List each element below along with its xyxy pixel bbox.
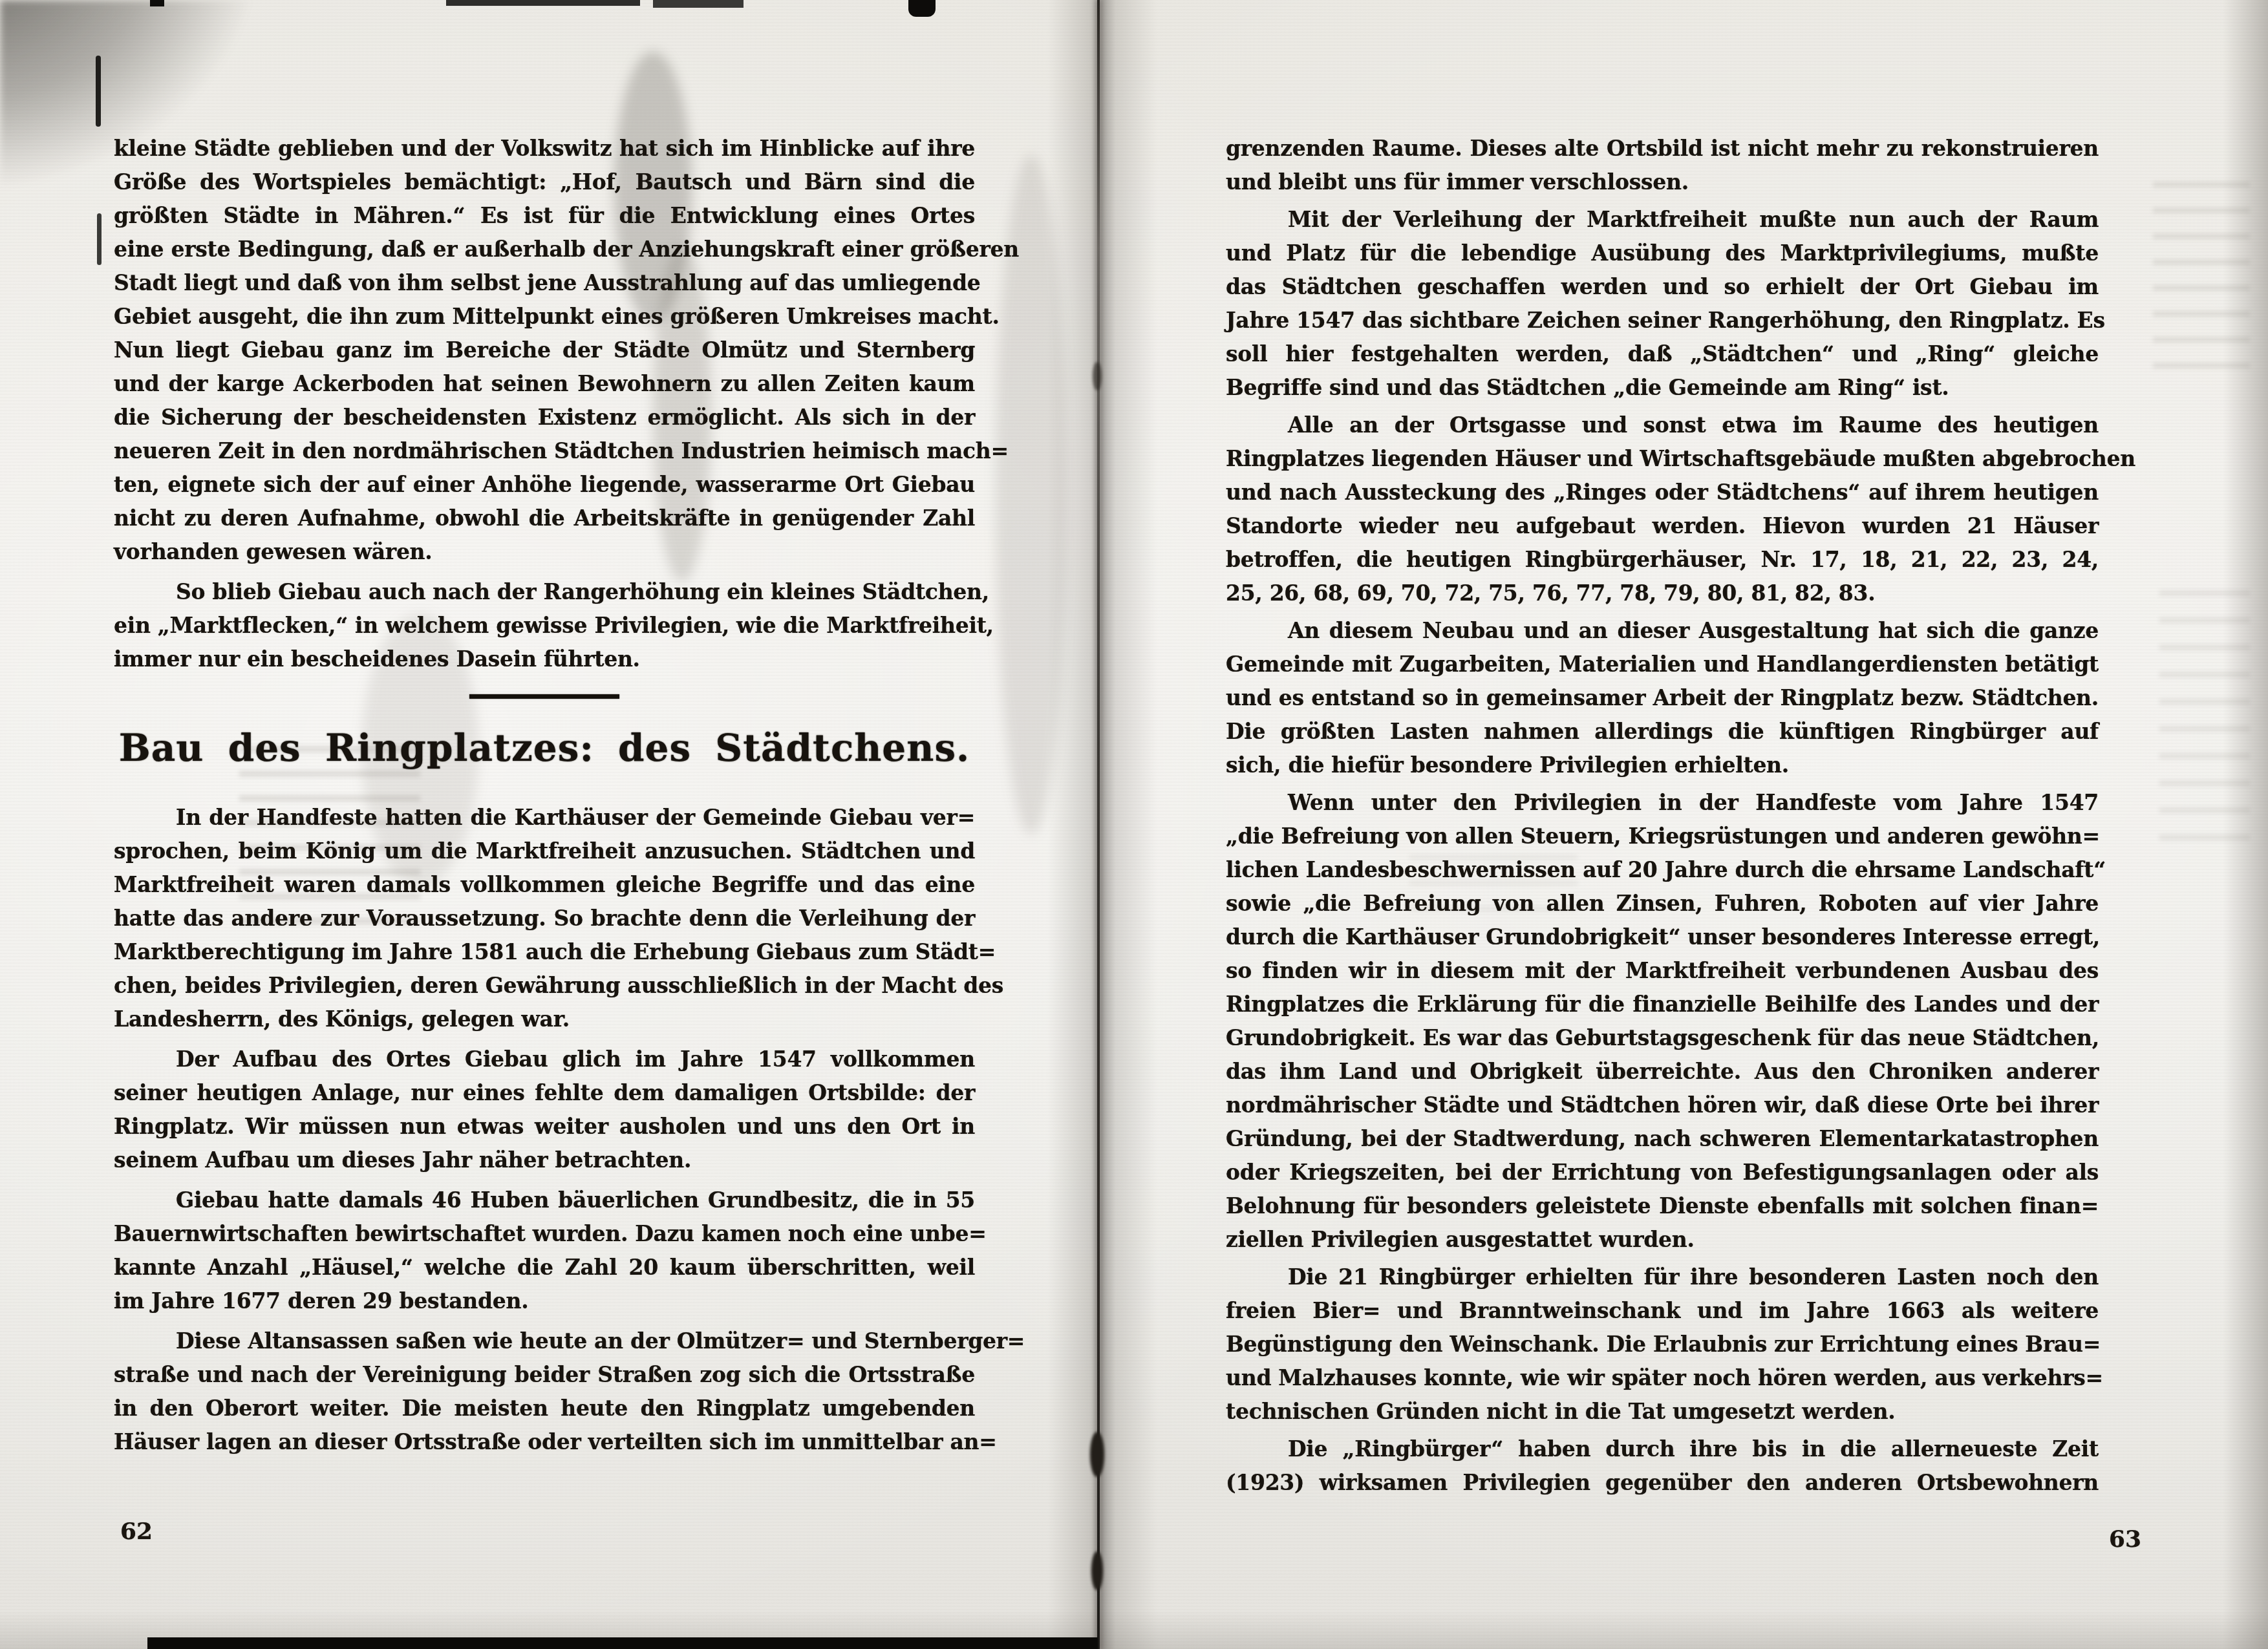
paragraph: In der Handfeste hatten die Karthäuser d…	[114, 801, 975, 1036]
text-line: eine erste Bedingung, daß er außerhalb d…	[114, 233, 975, 266]
text-line: Der Aufbau des Ortes Giebau glich im Jah…	[114, 1043, 975, 1076]
page-number-right: 63	[2109, 1526, 2141, 1553]
text-line: Die größten Lasten nahmen allerdings die…	[1226, 715, 2099, 749]
text-line: Begünstigung den Weinschank. Die Erlaubn…	[1226, 1328, 2099, 1361]
paragraph: Die „Ringbürger“ haben durch ihre bis in…	[1226, 1432, 2099, 1500]
left-text-column-top: kleine Städte geblieben und der Volkswit…	[114, 132, 975, 676]
text-line: größten Städte in Mähren.“ Es ist für di…	[114, 199, 975, 233]
text-line: hatte das andere zur Voraussetzung. So b…	[114, 902, 975, 935]
text-line: 25, 26, 68, 69, 70, 72, 75, 76, 77, 78, …	[1226, 577, 2099, 610]
book-gutter-shadow	[1047, 0, 1157, 1649]
binding-knot	[1090, 1432, 1104, 1477]
text-line: Nun liegt Giebau ganz im Bereiche der St…	[114, 334, 975, 367]
text-line: grenzenden Raume. Dieses alte Ortsbild i…	[1226, 132, 2099, 165]
text-line: „die Befreiung von allen Steuern, Kriegs…	[1226, 820, 2099, 853]
text-line: Größe des Wortspieles bemächtigt: „Hof, …	[114, 165, 975, 199]
text-line: und bleibt uns für immer verschlossen.	[1226, 165, 2099, 199]
text-line: In der Handfeste hatten die Karthäuser d…	[114, 801, 975, 835]
text-line: freien Bier= und Branntweinschank und im…	[1226, 1294, 2099, 1328]
text-line: immer nur ein bescheidenes Dasein führte…	[114, 643, 975, 676]
text-line: Marktberechtigung im Jahre 1581 auch die…	[114, 935, 975, 969]
text-line: seinem Aufbau um dieses Jahr näher betra…	[114, 1144, 975, 1177]
text-line: betroffen, die heutigen Ringbürgerhäuser…	[1226, 543, 2099, 577]
paragraph: grenzenden Raume. Dieses alte Ortsbild i…	[1226, 132, 2099, 199]
text-line: Mit der Verleihung der Marktfreiheit muß…	[1226, 203, 2099, 237]
text-line: nicht zu deren Aufnahme, obwohl die Arbe…	[114, 502, 975, 535]
section-divider-rule	[469, 694, 619, 699]
text-line: Gebiet ausgeht, die ihn zum Mittelpunkt …	[114, 300, 975, 334]
text-line: An diesem Neubau und an dieser Ausgestal…	[1226, 614, 2099, 648]
right-text-column: grenzenden Raume. Dieses alte Ortsbild i…	[1226, 132, 2099, 1500]
paragraph: Alle an der Ortsgasse und sonst etwa im …	[1226, 409, 2099, 610]
text-line: Giebau hatte damals 46 Huben bäuerlichen…	[114, 1184, 975, 1217]
text-line: Grundobrigkeit. Es war das Geburtstagsge…	[1226, 1021, 2099, 1055]
paragraph: So blieb Giebau auch nach der Rangerhöhu…	[114, 575, 975, 676]
text-line: nordmährischer Städte und Städtchen höre…	[1226, 1089, 2099, 1122]
paragraph: Wenn unter den Privilegien in der Handfe…	[1226, 786, 2099, 1257]
paragraph: Die 21 Ringbürger erhielten für ihre bes…	[1226, 1261, 2099, 1429]
text-line: ein „Marktflecken,“ in welchem gewisse P…	[114, 609, 975, 643]
text-line: Landesherrn, des Königs, gelegen war.	[114, 1003, 975, 1036]
text-line: Die „Ringbürger“ haben durch ihre bis in…	[1226, 1432, 2099, 1466]
text-line: Begriffe sind und das Städtchen „die Gem…	[1226, 371, 2099, 405]
section-heading: Bau des Ringplatzes: des Städtchens.	[114, 725, 975, 771]
paragraph: kleine Städte geblieben und der Volkswit…	[114, 132, 975, 569]
text-line: das Städtchen geschaffen werden und so e…	[1226, 270, 2099, 304]
text-line: kleine Städte geblieben und der Volkswit…	[114, 132, 975, 165]
text-line: und der karge Ackerboden hat seinen Bewo…	[114, 367, 975, 401]
text-line: Häuser lagen an dieser Ortsstraße oder v…	[114, 1425, 975, 1459]
text-line: Standorte wieder neu aufgebaut werden. H…	[1226, 509, 2099, 543]
text-line: und es entstand so in gemeinsamer Arbeit…	[1226, 681, 2099, 715]
text-line: Gemeinde mit Zugarbeiten, Materialien un…	[1226, 648, 2099, 681]
text-line: lichen Landesbeschwernissen auf 20 Jahre…	[1226, 853, 2099, 887]
text-line: straße und nach der Vereinigung beider S…	[114, 1358, 975, 1392]
text-line: Stadt liegt und daß von ihm selbst jene …	[114, 266, 975, 300]
paragraph: Der Aufbau des Ortes Giebau glich im Jah…	[114, 1043, 975, 1177]
text-line: kannte Anzahl „Häusel,“ welche die Zahl …	[114, 1251, 975, 1284]
text-line: und nach Aussteckung des „Ringes oder St…	[1226, 476, 2099, 509]
paragraph: Giebau hatte damals 46 Huben bäuerlichen…	[114, 1184, 975, 1318]
book-page-right: grenzenden Raume. Dieses alte Ortsbild i…	[1226, 132, 2099, 1504]
text-line: die Sicherung der bescheidensten Existen…	[114, 401, 975, 434]
text-line: technischen Gründen nicht in die Tat umg…	[1226, 1395, 2099, 1429]
text-line: Marktfreiheit waren damals vollkommen gl…	[114, 868, 975, 902]
text-line: Ringplatzes die Erklärung für die finanz…	[1226, 988, 2099, 1021]
text-line: So blieb Giebau auch nach der Rangerhöhu…	[114, 575, 975, 609]
paragraph: Mit der Verleihung der Marktfreiheit muß…	[1226, 203, 2099, 405]
text-line: Alle an der Ortsgasse und sonst etwa im …	[1226, 409, 2099, 442]
page-edge-shadow-right	[2223, 0, 2268, 1649]
text-line: Wenn unter den Privilegien in der Handfe…	[1226, 786, 2099, 820]
text-line: in den Oberort weiter. Die meisten heute…	[114, 1392, 975, 1425]
binding-knot	[1091, 1551, 1103, 1590]
text-line: Bauernwirtschaften bewirtschaftet wurden…	[114, 1217, 975, 1251]
text-line: Die 21 Ringbürger erhielten für ihre bes…	[1226, 1261, 2099, 1294]
text-line: durch die Karthäuser Grundobrigkeit“ uns…	[1226, 920, 2099, 954]
text-line: ten, eignete sich der auf einer Anhöhe l…	[114, 468, 975, 502]
text-line: und Malzhauses konnte, wie wir später no…	[1226, 1361, 2099, 1395]
text-line: soll hier festgehalten werden, daß „Städ…	[1226, 337, 2099, 371]
text-line: sowie „die Befreiung von allen Zinsen, F…	[1226, 887, 2099, 920]
text-line: im Jahre 1677 deren 29 bestanden.	[114, 1284, 975, 1318]
text-line: Gründung, bei der Stadtwerdung, nach sch…	[1226, 1122, 2099, 1156]
book-gutter-line	[1097, 0, 1100, 1649]
page-number-left: 62	[120, 1518, 153, 1545]
text-line: sprochen, beim König um die Marktfreihei…	[114, 835, 975, 868]
paragraph: An diesem Neubau und an dieser Ausgestal…	[1226, 614, 2099, 782]
scanned-book-spread: { "document": { "language": "de", "scrip…	[0, 0, 2268, 1649]
text-line: Belohnung für besonders geleistete Diens…	[1226, 1189, 2099, 1223]
left-text-column-bottom: In der Handfeste hatten die Karthäuser d…	[114, 801, 975, 1459]
paragraph: Diese Altansassen saßen wie heute an der…	[114, 1325, 975, 1459]
text-line: Diese Altansassen saßen wie heute an der…	[114, 1325, 975, 1358]
text-line: sich, die hiefür besondere Privilegien e…	[1226, 749, 2099, 782]
binding-knot	[1093, 362, 1102, 390]
text-line: vorhanden gewesen wären.	[114, 535, 975, 569]
text-line: ziellen Privilegien ausgestattet wurden.	[1226, 1223, 2099, 1257]
text-line: neueren Zeit in den nordmährischen Städt…	[114, 434, 975, 468]
text-line: (1923) wirksamen Privilegien gegenüber d…	[1226, 1466, 2099, 1500]
text-line: und Platz für die lebendige Ausübung des…	[1226, 237, 2099, 270]
text-line: chen, beides Privilegien, deren Gewährun…	[114, 969, 975, 1003]
text-line: Ringplatz. Wir müssen nun etwas weiter a…	[114, 1110, 975, 1144]
text-line: Ringplatzes liegenden Häuser und Wirtsch…	[1226, 442, 2099, 476]
text-line: seiner heutigen Anlage, nur eines fehlte…	[114, 1076, 975, 1110]
text-line: oder Kriegszeiten, bei der Errichtung vo…	[1226, 1156, 2099, 1189]
text-line: das ihm Land und Obrigkeit überreichte. …	[1226, 1055, 2099, 1089]
text-line: Jahre 1547 das sichtbare Zeichen seiner …	[1226, 304, 2099, 337]
text-line: so finden wir in diesem mit der Marktfre…	[1226, 954, 2099, 988]
book-page-left: kleine Städte geblieben und der Volkswit…	[114, 132, 975, 1465]
